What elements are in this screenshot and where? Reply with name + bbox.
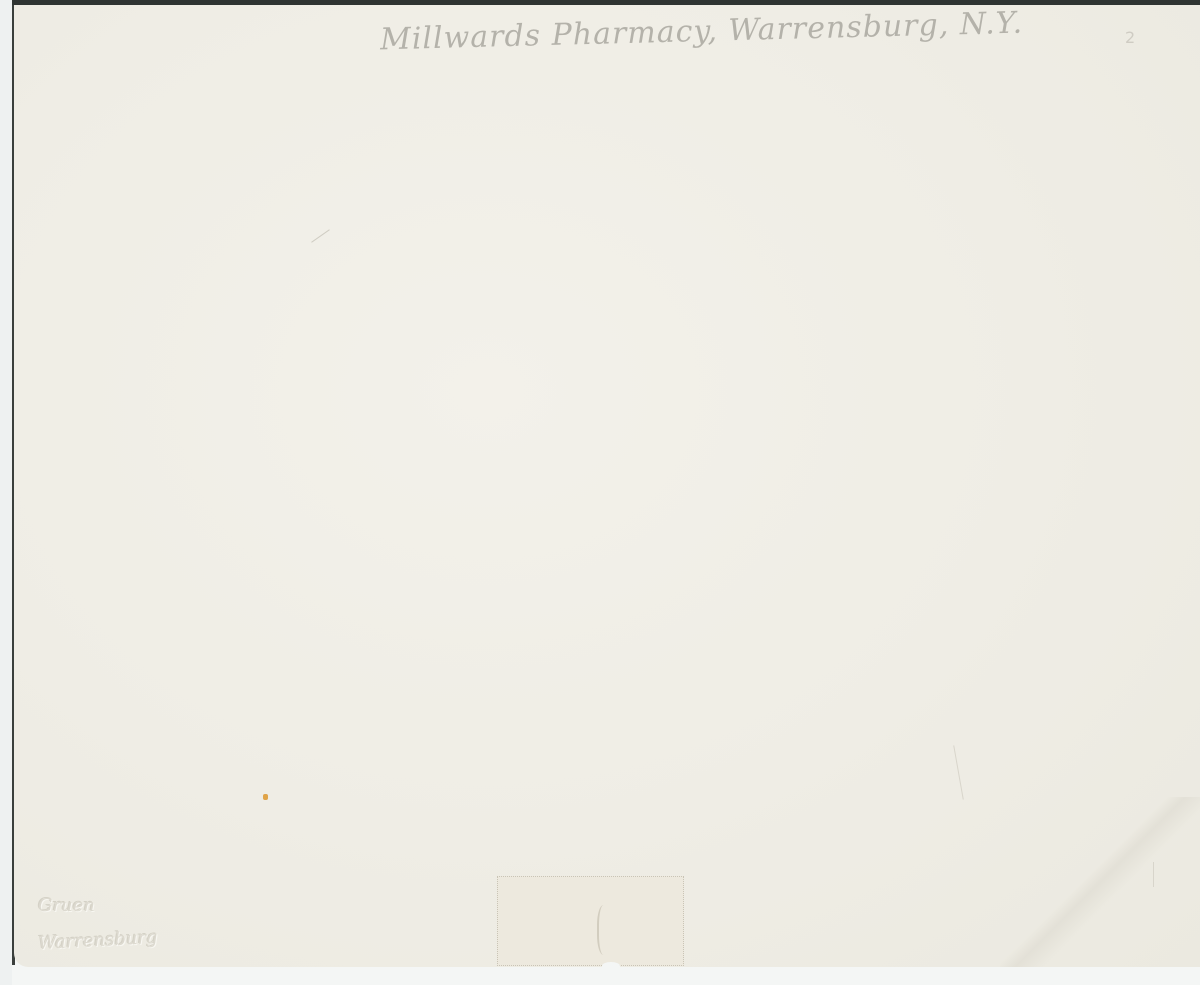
tape-tear — [597, 905, 613, 955]
paper-notch — [602, 962, 620, 970]
corner-pencil-mark: 2 — [1125, 28, 1135, 47]
tape-residue — [497, 876, 684, 966]
paper-crease — [1153, 862, 1154, 887]
scanner-left-edge — [0, 0, 12, 985]
orange-speck — [263, 794, 268, 800]
embossed-stamp-line-1: Gruen — [38, 895, 95, 916]
photo-back-paper — [14, 5, 1200, 967]
